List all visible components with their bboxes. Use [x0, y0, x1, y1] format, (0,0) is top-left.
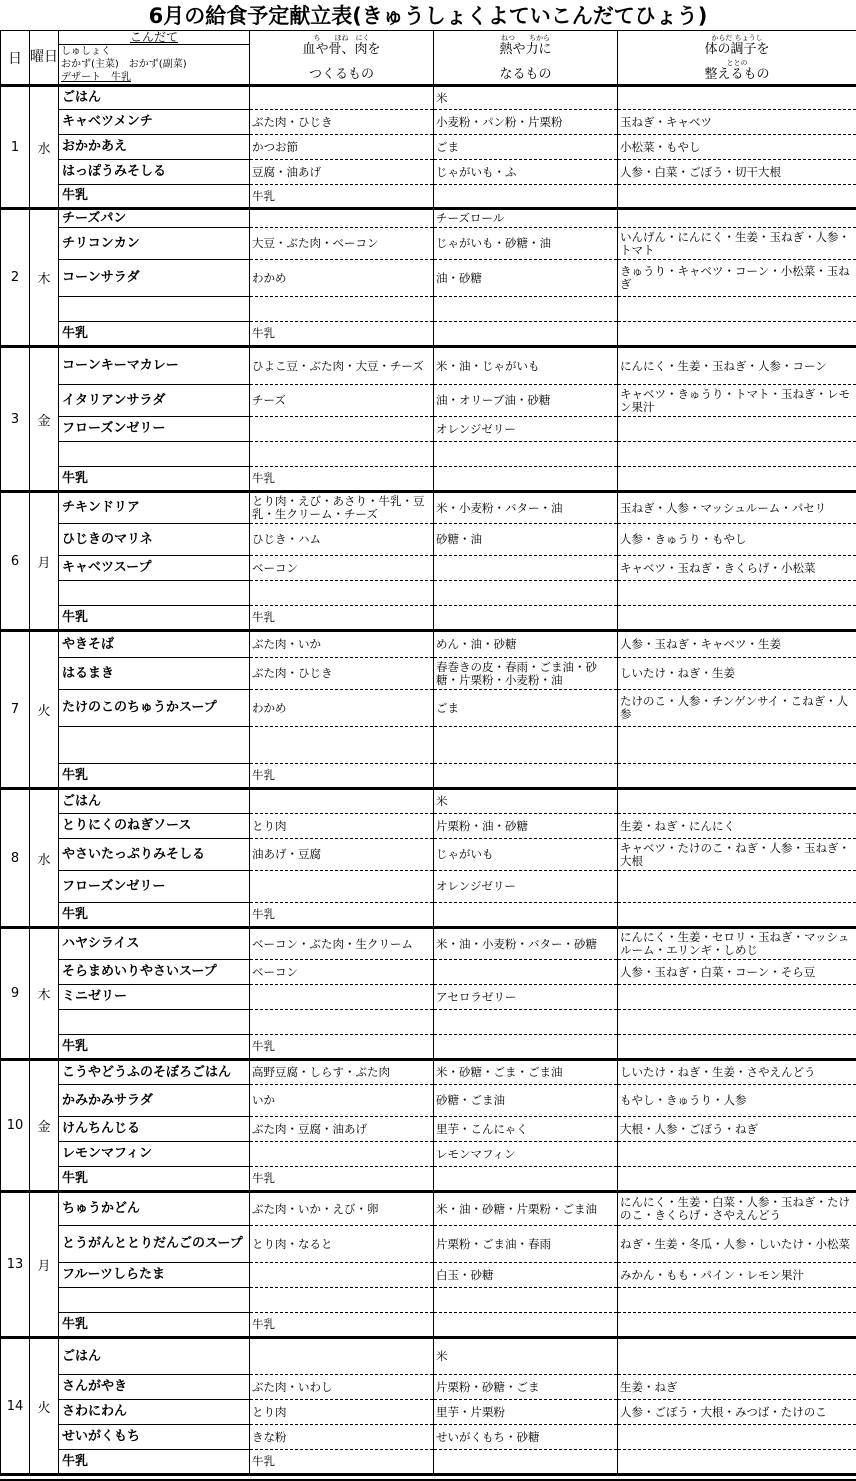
- header-menu-title: こんだて: [59, 31, 249, 45]
- ingredient-yellow: [434, 556, 618, 581]
- ingredient-red: [250, 727, 434, 764]
- ingredient-red: 牛乳: [250, 322, 434, 347]
- ingredient-red: [250, 1338, 434, 1375]
- dish-name: キャベツメンチ: [59, 110, 250, 135]
- ingredient-green: [618, 985, 856, 1010]
- dish-name: フローズンゼリー: [59, 417, 250, 442]
- dish-name: チリコンカン: [59, 228, 250, 260]
- weekday: 月: [30, 1192, 59, 1338]
- table-row: さわにわんとり肉里芋・片栗粉人参・ごぼう・大根・みつば・たけのこ: [1, 1400, 856, 1425]
- dish-name: [59, 1288, 250, 1313]
- ingredient-red: [250, 86, 434, 110]
- table-row: ひじきのマリネひじき・ハム砂糖・油人参・きゅうり・もやし: [1, 524, 856, 556]
- table-row: 牛乳牛乳: [1, 467, 856, 492]
- table-row: コーンサラダわかめ油・砂糖きゅうり・キャベツ・コーン・小松菜・玉ねぎ: [1, 260, 856, 297]
- ingredient-yellow: オレンジゼリー: [434, 871, 618, 903]
- ingredient-green: [618, 1142, 856, 1167]
- ingredient-red: ぶた肉・ひじき: [250, 658, 434, 690]
- ingredient-yellow: 米・油・小麦粉・バター・砂糖: [434, 928, 618, 960]
- table-row: とりにくのねぎソースとり肉片栗粉・油・砂糖生姜・ねぎ・にんにく: [1, 814, 856, 839]
- ingredient-red: 豆腐・油あげ: [250, 160, 434, 185]
- dish-name: キャベツスープ: [59, 556, 250, 581]
- weekday: 水: [30, 86, 59, 209]
- ingredient-red: ぶた肉・いわし: [250, 1375, 434, 1400]
- table-row: 9木ハヤシライスベーコン・ぶた肉・生クリーム米・油・小麦粉・バター・砂糖にんにく…: [1, 928, 856, 960]
- ingredient-red: [250, 209, 434, 228]
- ingredient-green: [618, 1425, 856, 1450]
- ingredient-red: 高野豆腐・しらす・ぶた肉: [250, 1060, 434, 1085]
- table-row: たけのこのちゅうかスープわかめごまたけのこ・人参・チンゲンサイ・こねぎ・人参: [1, 690, 856, 727]
- dish-name: ごはん: [59, 789, 250, 814]
- ingredient-green: 玉ねぎ・キャベツ: [618, 110, 856, 135]
- ingredient-red: ぶた肉・いか: [250, 631, 434, 658]
- ingredient-green: たけのこ・人参・チンゲンサイ・こねぎ・人参: [618, 690, 856, 727]
- ingredient-red: 牛乳: [250, 1313, 434, 1338]
- table-row: イタリアンサラダチーズ油・オリーブ油・砂糖キャベツ・きゅうり・トマト・玉ねぎ・レ…: [1, 385, 856, 417]
- ingredient-yellow: オレンジゼリー: [434, 417, 618, 442]
- dish-name: せいがくもち: [59, 1425, 250, 1450]
- header-menu-line: おかず(主菜) おかず(副菜): [59, 58, 249, 71]
- table-row: フルーツしらたま白玉・砂糖みかん・もも・パイン・レモン果汁: [1, 1263, 856, 1288]
- ingredient-red: 大豆・ぶた肉・ベーコン: [250, 228, 434, 260]
- header-ruby: ととの: [618, 59, 856, 67]
- ingredient-green: にんにく・生姜・玉ねぎ・人参・コーン: [618, 347, 856, 385]
- ingredient-green: [618, 185, 856, 209]
- ingredient-red: [250, 1010, 434, 1035]
- ingredient-red: きな粉: [250, 1425, 434, 1450]
- ingredient-red: ひじき・ハム: [250, 524, 434, 556]
- dish-name: フローズンゼリー: [59, 871, 250, 903]
- table-row: 牛乳牛乳: [1, 606, 856, 631]
- table-row: 8水ごはん米: [1, 789, 856, 814]
- dish-name: [59, 1010, 250, 1035]
- ingredient-yellow: [434, 442, 618, 467]
- table-row: [1, 581, 856, 606]
- ingredient-red: わかめ: [250, 260, 434, 297]
- ingredient-green: [618, 903, 856, 928]
- ingredient-green: [618, 442, 856, 467]
- ingredient-yellow: 砂糖・ごま油: [434, 1085, 618, 1117]
- dish-name: コーンサラダ: [59, 260, 250, 297]
- ingredient-yellow: 米・油・じゃがいも: [434, 347, 618, 385]
- weekday: 木: [30, 209, 59, 347]
- ingredient-yellow: [434, 297, 618, 322]
- ingredient-yellow: [434, 1313, 618, 1338]
- header-green-group: からだ ちょうし 体の調子を ととの 整えるもの: [618, 31, 856, 86]
- dish-name: フルーツしらたま: [59, 1263, 250, 1288]
- ingredient-green: キャベツ・きゅうり・トマト・玉ねぎ・レモン果汁: [618, 385, 856, 417]
- dish-name: レモンマフィン: [59, 1142, 250, 1167]
- ingredient-red: 牛乳: [250, 1450, 434, 1475]
- day-number: 1: [1, 86, 30, 209]
- dish-name: はるまき: [59, 658, 250, 690]
- table-row: 3金コーンキーマカレーひよこ豆・ぶた肉・大豆・チーズ米・油・じゃがいもにんにく・…: [1, 347, 856, 385]
- day-group: 2木チーズパンチーズロールチリコンカン大豆・ぶた肉・ベーコンじゃがいも・砂糖・油…: [1, 209, 856, 347]
- dish-name: [59, 581, 250, 606]
- header-row: 日 曜日 こんだて しゅしょく おかず(主菜) おかず(副菜) デザート 牛乳 …: [1, 31, 856, 86]
- table-row: かみかみサラダいか砂糖・ごま油もやし・きゅうり・人参: [1, 1085, 856, 1117]
- ingredient-red: [250, 789, 434, 814]
- ingredient-yellow: [434, 606, 618, 631]
- dish-name: 牛乳: [59, 1167, 250, 1192]
- dish-name: ちゅうかどん: [59, 1192, 250, 1226]
- day-group: 7火やきそばぶた肉・いかめん・油・砂糖人参・玉ねぎ・キャベツ・生姜はるまきぶた肉…: [1, 631, 856, 789]
- table-row: レモンマフィンレモンマフィン: [1, 1142, 856, 1167]
- header-green-line2: 整えるもの: [618, 67, 856, 82]
- ingredient-yellow: [434, 903, 618, 928]
- ingredient-yellow: 小麦粉・パン粉・片栗粉: [434, 110, 618, 135]
- ingredient-green: [618, 1010, 856, 1035]
- day-number: 9: [1, 928, 30, 1060]
- header-red-line2: つくるもの: [250, 67, 433, 82]
- ingredient-yellow: 砂糖・油: [434, 524, 618, 556]
- ingredient-red: 牛乳: [250, 1035, 434, 1060]
- ingredient-green: もやし・きゅうり・人参: [618, 1085, 856, 1117]
- dish-name: チキンドリア: [59, 492, 250, 524]
- ingredient-red: とり肉: [250, 814, 434, 839]
- ingredient-green: [618, 871, 856, 903]
- ingredient-yellow: 片栗粉・ごま油・春雨: [434, 1226, 618, 1263]
- dish-name: [59, 442, 250, 467]
- ingredient-yellow: じゃがいも・砂糖・油: [434, 228, 618, 260]
- table-row: 牛乳牛乳: [1, 322, 856, 347]
- day-group: 6月チキンドリアとり肉・えび・あさり・牛乳・豆乳・生クリーム・チーズ米・小麦粉・…: [1, 492, 856, 631]
- ingredient-green: 人参・ごぼう・大根・みつば・たけのこ: [618, 1400, 856, 1425]
- dish-name: ハヤシライス: [59, 928, 250, 960]
- ingredient-yellow: [434, 764, 618, 789]
- ingredient-green: しいたけ・ねぎ・生姜: [618, 658, 856, 690]
- ingredient-green: 玉ねぎ・人参・マッシュルーム・パセリ: [618, 492, 856, 524]
- ingredient-red: とり肉・えび・あさり・牛乳・豆乳・生クリーム・チーズ: [250, 492, 434, 524]
- weekday: 火: [30, 1338, 59, 1475]
- weekday: 木: [30, 928, 59, 1060]
- dish-name: [59, 727, 250, 764]
- ingredient-red: ベーコン: [250, 556, 434, 581]
- ingredient-red: [250, 297, 434, 322]
- dish-name: 牛乳: [59, 903, 250, 928]
- header-ruby: ねつ ちから: [434, 34, 617, 42]
- ingredient-yellow: [434, 1035, 618, 1060]
- ingredient-red: 牛乳: [250, 903, 434, 928]
- ingredient-green: 人参・白菜・ごぼう・切干大根: [618, 160, 856, 185]
- dish-name: けんちんじる: [59, 1117, 250, 1142]
- ingredient-yellow: [434, 1288, 618, 1313]
- page-title: 6月の給食予定献立表(きゅうしょくよていこんだてひょう): [0, 0, 856, 30]
- ingredient-red: わかめ: [250, 690, 434, 727]
- ingredient-yellow: めん・油・砂糖: [434, 631, 618, 658]
- header-red-group: ち ほね にく 血や骨、肉を つくるもの: [250, 31, 434, 86]
- day-group: 14火ごはん米さんがやきぶた肉・いわし片栗粉・砂糖・ごま生姜・ねぎさわにわんとり…: [1, 1338, 856, 1475]
- ingredient-green: 生姜・ねぎ・にんにく: [618, 814, 856, 839]
- day-number: 10: [1, 1060, 30, 1192]
- ingredient-green: キャベツ・たけのこ・ねぎ・人参・玉ねぎ・大根: [618, 839, 856, 871]
- ingredient-green: [618, 764, 856, 789]
- header-yellow-line2: なるもの: [434, 67, 617, 82]
- ingredient-green: みかん・もも・パイン・レモン果汁: [618, 1263, 856, 1288]
- ingredient-yellow: [434, 322, 618, 347]
- table-row: ミニゼリーアセロラゼリー: [1, 985, 856, 1010]
- table-row: フローズンゼリーオレンジゼリー: [1, 417, 856, 442]
- table-row: せいがくもちきな粉せいがくもち・砂糖: [1, 1425, 856, 1450]
- ingredient-red: ぶた肉・ひじき: [250, 110, 434, 135]
- ingredient-red: [250, 871, 434, 903]
- ingredient-yellow: チーズロール: [434, 209, 618, 228]
- day-group: 8水ごはん米とりにくのねぎソースとり肉片栗粉・油・砂糖生姜・ねぎ・にんにくやさい…: [1, 789, 856, 928]
- header-day: 日: [1, 31, 30, 86]
- ingredient-green: キャベツ・玉ねぎ・きくらげ・小松菜: [618, 556, 856, 581]
- ingredient-yellow: 米: [434, 1338, 618, 1375]
- ingredient-green: 生姜・ねぎ: [618, 1375, 856, 1400]
- ingredient-red: [250, 581, 434, 606]
- ingredient-red: 油あげ・豆腐: [250, 839, 434, 871]
- ingredient-yellow: 油・砂糖: [434, 260, 618, 297]
- table-row: 牛乳牛乳: [1, 1313, 856, 1338]
- dish-name: やきそば: [59, 631, 250, 658]
- ingredient-yellow: [434, 727, 618, 764]
- ingredient-red: ベーコン: [250, 960, 434, 985]
- dish-name: イタリアンサラダ: [59, 385, 250, 417]
- ingredient-yellow: せいがくもち・砂糖: [434, 1425, 618, 1450]
- header-ruby: ち ほね にく: [250, 34, 433, 42]
- ingredient-red: かつお節: [250, 135, 434, 160]
- ingredient-red: [250, 442, 434, 467]
- table-row: はるまきぶた肉・ひじき春巻きの皮・春雨・ごま油・砂糖・片栗粉・小麦粉・油しいたけ…: [1, 658, 856, 690]
- header-menu-line: しゅしょく: [59, 45, 249, 58]
- dish-name: そらまめいりやさいスープ: [59, 960, 250, 985]
- ingredient-yellow: 白玉・砂糖: [434, 1263, 618, 1288]
- ingredient-green: [618, 581, 856, 606]
- ingredient-red: 牛乳: [250, 467, 434, 492]
- ingredient-red: ベーコン・ぶた肉・生クリーム: [250, 928, 434, 960]
- day-number: 8: [1, 789, 30, 928]
- ingredient-red: 牛乳: [250, 1167, 434, 1192]
- dish-name: とりにくのねぎソース: [59, 814, 250, 839]
- dish-name: さわにわん: [59, 1400, 250, 1425]
- ingredient-yellow: 片栗粉・砂糖・ごま: [434, 1375, 618, 1400]
- ingredient-green: [618, 789, 856, 814]
- ingredient-red: ぶた肉・いか・えび・卵: [250, 1192, 434, 1226]
- table-row: やさいたっぷりみそしる油あげ・豆腐じゃがいもキャベツ・たけのこ・ねぎ・人参・玉ね…: [1, 839, 856, 871]
- ingredient-green: [618, 1167, 856, 1192]
- ingredient-red: [250, 985, 434, 1010]
- table-row: とうがんととりだんごのスープとり肉・なると片栗粉・ごま油・春雨ねぎ・生姜・冬瓜・…: [1, 1226, 856, 1263]
- ingredient-green: にんにく・生姜・白菜・人参・玉ねぎ・たけのこ・きくらげ・さやえんどう: [618, 1192, 856, 1226]
- ingredient-green: [618, 417, 856, 442]
- day-number: 7: [1, 631, 30, 789]
- dish-name: 牛乳: [59, 764, 250, 789]
- header-yellow-group: ねつ ちから 熱や力に なるもの: [434, 31, 618, 86]
- day-group: 3金コーンキーマカレーひよこ豆・ぶた肉・大豆・チーズ米・油・じゃがいもにんにく・…: [1, 347, 856, 492]
- table-row: [1, 727, 856, 764]
- ingredient-yellow: 米・油・砂糖・片栗粉・ごま油: [434, 1192, 618, 1226]
- table-row: けんちんじるぶた肉・豆腐・油あげ里芋・こんにゃく大根・人参・ごぼう・ねぎ: [1, 1117, 856, 1142]
- menu-table: 日 曜日 こんだて しゅしょく おかず(主菜) おかず(副菜) デザート 牛乳 …: [0, 30, 856, 1476]
- dish-name: ごはん: [59, 86, 250, 110]
- day-group: 1水ごはん米キャベツメンチぶた肉・ひじき小麦粉・パン粉・片栗粉玉ねぎ・キャベツお…: [1, 86, 856, 209]
- ingredient-green: [618, 322, 856, 347]
- ingredient-yellow: じゃがいも: [434, 839, 618, 871]
- ingredient-yellow: レモンマフィン: [434, 1142, 618, 1167]
- ingredient-yellow: 里芋・片栗粉: [434, 1400, 618, 1425]
- dish-name: 牛乳: [59, 1313, 250, 1338]
- ingredient-green: 小松菜・もやし: [618, 135, 856, 160]
- table-row: 牛乳牛乳: [1, 1167, 856, 1192]
- ingredient-green: [618, 1288, 856, 1313]
- ingredient-yellow: 米: [434, 86, 618, 110]
- dish-name: さんがやき: [59, 1375, 250, 1400]
- ingredient-green: [618, 297, 856, 322]
- ingredient-green: 人参・玉ねぎ・白菜・コーン・そら豆: [618, 960, 856, 985]
- table-row: 牛乳牛乳: [1, 1035, 856, 1060]
- table-row: おかかあえかつお節ごま小松菜・もやし: [1, 135, 856, 160]
- day-number: 2: [1, 209, 30, 347]
- weekday: 火: [30, 631, 59, 789]
- ingredient-green: 大根・人参・ごぼう・ねぎ: [618, 1117, 856, 1142]
- ingredient-yellow: じゃがいも・ふ: [434, 160, 618, 185]
- ingredient-green: きゅうり・キャベツ・コーン・小松菜・玉ねぎ: [618, 260, 856, 297]
- ingredient-yellow: 米: [434, 789, 618, 814]
- ingredient-green: [618, 1338, 856, 1375]
- header-weekday: 曜日: [30, 31, 59, 86]
- table-row: フローズンゼリーオレンジゼリー: [1, 871, 856, 903]
- table-row: 牛乳牛乳: [1, 1450, 856, 1475]
- dish-name: かみかみサラダ: [59, 1085, 250, 1117]
- ingredient-red: 牛乳: [250, 185, 434, 209]
- ingredient-green: [618, 606, 856, 631]
- ingredient-green: [618, 727, 856, 764]
- day-number: 13: [1, 1192, 30, 1338]
- ingredient-green: ねぎ・生姜・冬瓜・人参・しいたけ・小松菜: [618, 1226, 856, 1263]
- ingredient-red: ぶた肉・豆腐・油あげ: [250, 1117, 434, 1142]
- dish-name: [59, 297, 250, 322]
- table-row: 7火やきそばぶた肉・いかめん・油・砂糖人参・玉ねぎ・キャベツ・生姜: [1, 631, 856, 658]
- table-row: はっぽうみそしる豆腐・油あげじゃがいも・ふ人参・白菜・ごぼう・切干大根: [1, 160, 856, 185]
- ingredient-yellow: 米・砂糖・ごま・ごま油: [434, 1060, 618, 1085]
- ingredient-green: [618, 209, 856, 228]
- ingredient-yellow: [434, 467, 618, 492]
- header-menu: こんだて しゅしょく おかず(主菜) おかず(副菜) デザート 牛乳: [59, 31, 250, 86]
- dish-name: 牛乳: [59, 467, 250, 492]
- ingredient-red: 牛乳: [250, 764, 434, 789]
- table-row: そらまめいりやさいスープベーコン人参・玉ねぎ・白菜・コーン・そら豆: [1, 960, 856, 985]
- day-group: 13月ちゅうかどんぶた肉・いか・えび・卵米・油・砂糖・片栗粉・ごま油にんにく・生…: [1, 1192, 856, 1338]
- ingredient-green: [618, 1035, 856, 1060]
- dish-name: 牛乳: [59, 1035, 250, 1060]
- ingredient-yellow: アセロラゼリー: [434, 985, 618, 1010]
- ingredient-green: しいたけ・ねぎ・生姜・さやえんどう: [618, 1060, 856, 1085]
- ingredient-green: 人参・玉ねぎ・キャベツ・生姜: [618, 631, 856, 658]
- ingredient-yellow: [434, 1167, 618, 1192]
- dish-name: ミニゼリー: [59, 985, 250, 1010]
- table-row: 牛乳牛乳: [1, 185, 856, 209]
- dish-name: 牛乳: [59, 185, 250, 209]
- dish-name: こうやどうふのそぼろごはん: [59, 1060, 250, 1085]
- table-row: 牛乳牛乳: [1, 903, 856, 928]
- dish-name: 牛乳: [59, 1450, 250, 1475]
- ingredient-yellow: 米・小麦粉・バター・油: [434, 492, 618, 524]
- ingredient-green: にんにく・生姜・セロリ・玉ねぎ・マッシュルーム・エリンギ・しめじ: [618, 928, 856, 960]
- table-row: 6月チキンドリアとり肉・えび・あさり・牛乳・豆乳・生クリーム・チーズ米・小麦粉・…: [1, 492, 856, 524]
- ingredient-green: [618, 1313, 856, 1338]
- header-red-line1: 血や骨、肉を: [250, 42, 433, 57]
- dish-name: コーンキーマカレー: [59, 347, 250, 385]
- ingredient-yellow: 片栗粉・油・砂糖: [434, 814, 618, 839]
- ingredient-red: いか: [250, 1085, 434, 1117]
- ingredient-red: とり肉・なると: [250, 1226, 434, 1263]
- table-row: 1水ごはん米: [1, 86, 856, 110]
- ingredient-red: [250, 1288, 434, 1313]
- ingredient-red: [250, 1263, 434, 1288]
- ingredient-yellow: 春巻きの皮・春雨・ごま油・砂糖・片栗粉・小麦粉・油: [434, 658, 618, 690]
- header-ruby: からだ ちょうし: [618, 34, 856, 42]
- table-row: [1, 297, 856, 322]
- day-number: 6: [1, 492, 30, 631]
- ingredient-red: [250, 1142, 434, 1167]
- ingredient-yellow: [434, 581, 618, 606]
- header-green-line1: 体の調子を: [618, 42, 856, 57]
- ingredient-yellow: [434, 1450, 618, 1475]
- table-row: 10金こうやどうふのそぼろごはん高野豆腐・しらす・ぶた肉米・砂糖・ごま・ごま油し…: [1, 1060, 856, 1085]
- header-yellow-line1: 熱や力に: [434, 42, 617, 57]
- ingredient-yellow: [434, 960, 618, 985]
- table-row: さんがやきぶた肉・いわし片栗粉・砂糖・ごま生姜・ねぎ: [1, 1375, 856, 1400]
- weekday: 水: [30, 789, 59, 928]
- ingredient-red: ひよこ豆・ぶた肉・大豆・チーズ: [250, 347, 434, 385]
- table-row: キャベツメンチぶた肉・ひじき小麦粉・パン粉・片栗粉玉ねぎ・キャベツ: [1, 110, 856, 135]
- weekday: 月: [30, 492, 59, 631]
- ingredient-red: とり肉: [250, 1400, 434, 1425]
- ingredient-yellow: 油・オリーブ油・砂糖: [434, 385, 618, 417]
- ingredient-green: 人参・きゅうり・もやし: [618, 524, 856, 556]
- dish-name: たけのこのちゅうかスープ: [59, 690, 250, 727]
- table-row: キャベツスープベーコンキャベツ・玉ねぎ・きくらげ・小松菜: [1, 556, 856, 581]
- table-row: [1, 442, 856, 467]
- table-row: [1, 1288, 856, 1313]
- day-number: 14: [1, 1338, 30, 1475]
- table-row: 14火ごはん米: [1, 1338, 856, 1375]
- dish-name: 牛乳: [59, 606, 250, 631]
- day-group: 9木ハヤシライスベーコン・ぶた肉・生クリーム米・油・小麦粉・バター・砂糖にんにく…: [1, 928, 856, 1060]
- ingredient-red: チーズ: [250, 385, 434, 417]
- ingredient-yellow: 里芋・こんにゃく: [434, 1117, 618, 1142]
- ingredient-red: 牛乳: [250, 606, 434, 631]
- dish-name: おかかあえ: [59, 135, 250, 160]
- ingredient-green: [618, 467, 856, 492]
- ingredient-green: いんげん・にんにく・生姜・玉ねぎ・人参・トマト: [618, 228, 856, 260]
- dish-name: 牛乳: [59, 322, 250, 347]
- table-row: チリコンカン大豆・ぶた肉・ベーコンじゃがいも・砂糖・油いんげん・にんにく・生姜・…: [1, 228, 856, 260]
- ingredient-yellow: [434, 185, 618, 209]
- ingredient-green: [618, 1450, 856, 1475]
- dish-name: やさいたっぷりみそしる: [59, 839, 250, 871]
- weekday: 金: [30, 347, 59, 492]
- header-menu-line: デザート 牛乳: [59, 71, 249, 84]
- weekday: 金: [30, 1060, 59, 1192]
- table-row: 2木チーズパンチーズロール: [1, 209, 856, 228]
- ingredient-red: [250, 417, 434, 442]
- ingredient-green: [618, 86, 856, 110]
- day-group: 10金こうやどうふのそぼろごはん高野豆腐・しらす・ぶた肉米・砂糖・ごま・ごま油し…: [1, 1060, 856, 1192]
- table-row: [1, 1010, 856, 1035]
- ingredient-yellow: [434, 1010, 618, 1035]
- table-row: 牛乳牛乳: [1, 764, 856, 789]
- day-number: 3: [1, 347, 30, 492]
- ingredient-yellow: ごま: [434, 690, 618, 727]
- dish-name: はっぽうみそしる: [59, 160, 250, 185]
- table-row: 13月ちゅうかどんぶた肉・いか・えび・卵米・油・砂糖・片栗粉・ごま油にんにく・生…: [1, 1192, 856, 1226]
- dish-name: ごはん: [59, 1338, 250, 1375]
- ingredient-yellow: ごま: [434, 135, 618, 160]
